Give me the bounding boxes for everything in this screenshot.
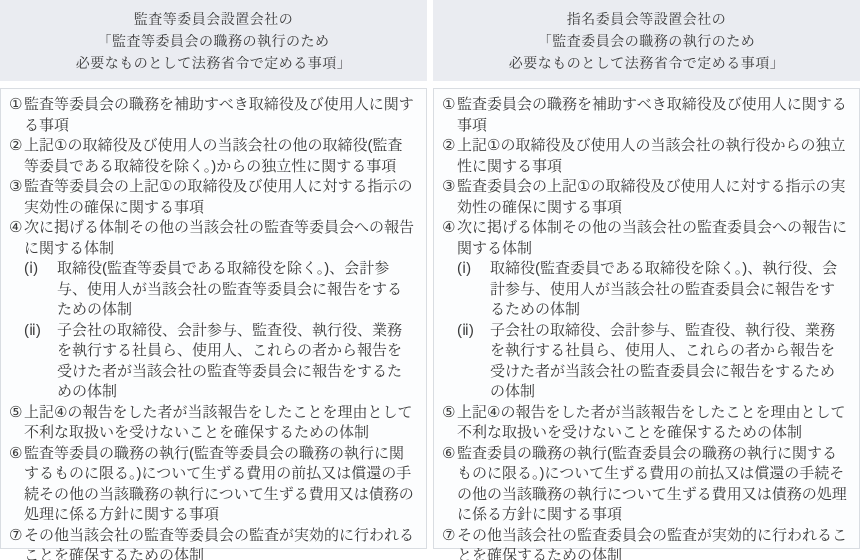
item-marker: ⑥ <box>442 444 455 465</box>
list-item: ⑥監査委員の職務の執行(監査委員会の職務の執行に関するものに限る。)について生ず… <box>442 444 849 526</box>
item-marker: ① <box>9 95 22 116</box>
list-item: ③監査等委員会の上記①の取締役及び使用人に対する指示の実効性の確保に関する事項 <box>9 177 416 218</box>
column-header: 監査等委員会設置会社の 「監査等委員会の職務の執行のため 必要なものとして法務省… <box>0 0 427 81</box>
list-item: ⑦その他当該会社の監査等委員会の監査が実効的に行われることを確保するための体制 <box>9 526 416 560</box>
list-item: ⑥監査等委員の職務の執行(監査等委員会の職務の執行に関するものに限る。)について… <box>9 444 416 526</box>
item-text: 上記①の取締役及び使用人の当該会社の他の取締役(監査等委員である取締役を除く。)… <box>24 137 402 175</box>
item-marker: (ⅱ) <box>24 321 41 342</box>
item-marker: (ⅰ) <box>24 259 38 280</box>
list-item: ⑦その他当該会社の監査委員会の監査が実効的に行われることを確保するための体制 <box>442 526 849 560</box>
list-subitem: (ⅱ)子会社の取締役、会計参与、監査役、執行役、業務を執行する社員ら、使用人、こ… <box>24 321 416 403</box>
item-text: 監査等委員の職務の執行(監査等委員会の職務の執行に関するものに限る。)について生… <box>24 445 414 524</box>
comparison-table-page: 監査等委員会設置会社の 「監査等委員会の職務の執行のため 必要なものとして法務省… <box>0 0 860 560</box>
item-text: 監査委員会の上記①の取締役及び使用人に対する指示の実効性の確保に関する事項 <box>457 178 845 216</box>
column-header: 指名委員会等設置会社の 「監査委員会の職務の執行のため 必要なものとして法務省令… <box>433 0 860 81</box>
item-marker: ④ <box>442 218 455 239</box>
item-marker: (ⅱ) <box>457 321 474 342</box>
item-marker: ③ <box>9 177 22 198</box>
item-text: 監査等委員会の上記①の取締役及び使用人に対する指示の実効性の確保に関する事項 <box>24 178 412 216</box>
item-marker: ⑥ <box>9 444 22 465</box>
item-text: その他当該会社の監査等委員会の監査が実効的に行われることを確保するための体制 <box>24 527 414 560</box>
list-subitem: (ⅱ)子会社の取締役、会計参与、監査役、執行役、業務を執行する社員ら、使用人、こ… <box>457 321 849 403</box>
item-marker: ⑦ <box>442 526 455 547</box>
item-text: 次に掲げる体制その他の当該会社の監査等委員会への報告に関する体制 <box>24 219 414 257</box>
item-marker: ⑤ <box>9 403 22 424</box>
list-item: ②上記①の取締役及び使用人の当該会社の執行役からの独立性に関する事項 <box>442 136 849 177</box>
item-marker: ⑦ <box>9 526 22 547</box>
list-item: ②上記①の取締役及び使用人の当該会社の他の取締役(監査等委員である取締役を除く。… <box>9 136 416 177</box>
list-item: ③監査委員会の上記①の取締役及び使用人に対する指示の実効性の確保に関する事項 <box>442 177 849 218</box>
item-marker: ③ <box>442 177 455 198</box>
item-text: 上記①の取締役及び使用人の当該会社の執行役からの独立性に関する事項 <box>457 137 845 175</box>
item-text: 子会社の取締役、会計参与、監査役、執行役、業務を執行する社員ら、使用人、これらの… <box>490 322 835 401</box>
item-marker: ② <box>9 136 22 157</box>
item-text: 上記④の報告をした者が当該報告をしたことを理由として不利な取扱いを受けないことを… <box>24 404 412 442</box>
list-subitem: (ⅰ)取締役(監査等委員である取締役を除く。)、会計参与、使用人が当該会社の監査… <box>24 259 416 321</box>
column-body: ①監査委員会の職務を補助すべき取締役及び使用人に関する事項 ②上記①の取締役及び… <box>433 88 860 549</box>
list-subitem: (ⅰ)取締役(監査委員である取締役を除く。)、執行役、会計参与、使用人が当該会社… <box>457 259 849 321</box>
item-text: 上記④の報告をした者が当該報告をしたことを理由として不利な取扱いを受けないことを… <box>457 404 845 442</box>
item-text: その他当該会社の監査委員会の監査が実効的に行われることを確保するための体制 <box>457 527 847 560</box>
item-marker: ② <box>442 136 455 157</box>
item-text: 監査委員会の職務を補助すべき取締役及び使用人に関する事項 <box>457 96 847 134</box>
column-body: ①監査等委員会の職務を補助すべき取締役及び使用人に関する事項 ②上記①の取締役及… <box>0 88 427 549</box>
item-text: 取締役(監査等委員である取締役を除く。)、会計参与、使用人が当該会社の監査等委員… <box>57 260 402 318</box>
list-item: ⑤上記④の報告をした者が当該報告をしたことを理由として不利な取扱いを受けないこと… <box>442 403 849 444</box>
item-marker: ① <box>442 95 455 116</box>
item-text: 監査等委員会の職務を補助すべき取締役及び使用人に関する事項 <box>24 96 414 134</box>
item-text: 次に掲げる体制その他の当該会社の監査委員会への報告に関する体制 <box>457 219 847 257</box>
column-card-audit-etc-committee: 監査等委員会設置会社の 「監査等委員会の職務の執行のため 必要なものとして法務省… <box>0 0 427 549</box>
list-item: ⑤上記④の報告をした者が当該報告をしたことを理由として不利な取扱いを受けないこと… <box>9 403 416 444</box>
column-card-nominating-committee: 指名委員会等設置会社の 「監査委員会の職務の執行のため 必要なものとして法務省令… <box>433 0 860 549</box>
list-item: ①監査等委員会の職務を補助すべき取締役及び使用人に関する事項 <box>9 95 416 136</box>
item-text: 取締役(監査委員である取締役を除く。)、執行役、会計参与、使用人が当該会社の監査… <box>490 260 837 318</box>
item-marker: (ⅰ) <box>457 259 471 280</box>
item-text: 監査委員の職務の執行(監査委員会の職務の執行に関するものに限る。)について生ずる… <box>457 445 847 524</box>
list-item: ④次に掲げる体制その他の当該会社の監査委員会への報告に関する体制 <box>442 218 849 259</box>
list-item: ④次に掲げる体制その他の当該会社の監査等委員会への報告に関する体制 <box>9 218 416 259</box>
item-marker: ⑤ <box>442 403 455 424</box>
item-marker: ④ <box>9 218 22 239</box>
two-column-layout: 監査等委員会設置会社の 「監査等委員会の職務の執行のため 必要なものとして法務省… <box>0 0 860 549</box>
list-item: ①監査委員会の職務を補助すべき取締役及び使用人に関する事項 <box>442 95 849 136</box>
item-text: 子会社の取締役、会計参与、監査役、執行役、業務を執行する社員ら、使用人、これらの… <box>57 322 402 401</box>
